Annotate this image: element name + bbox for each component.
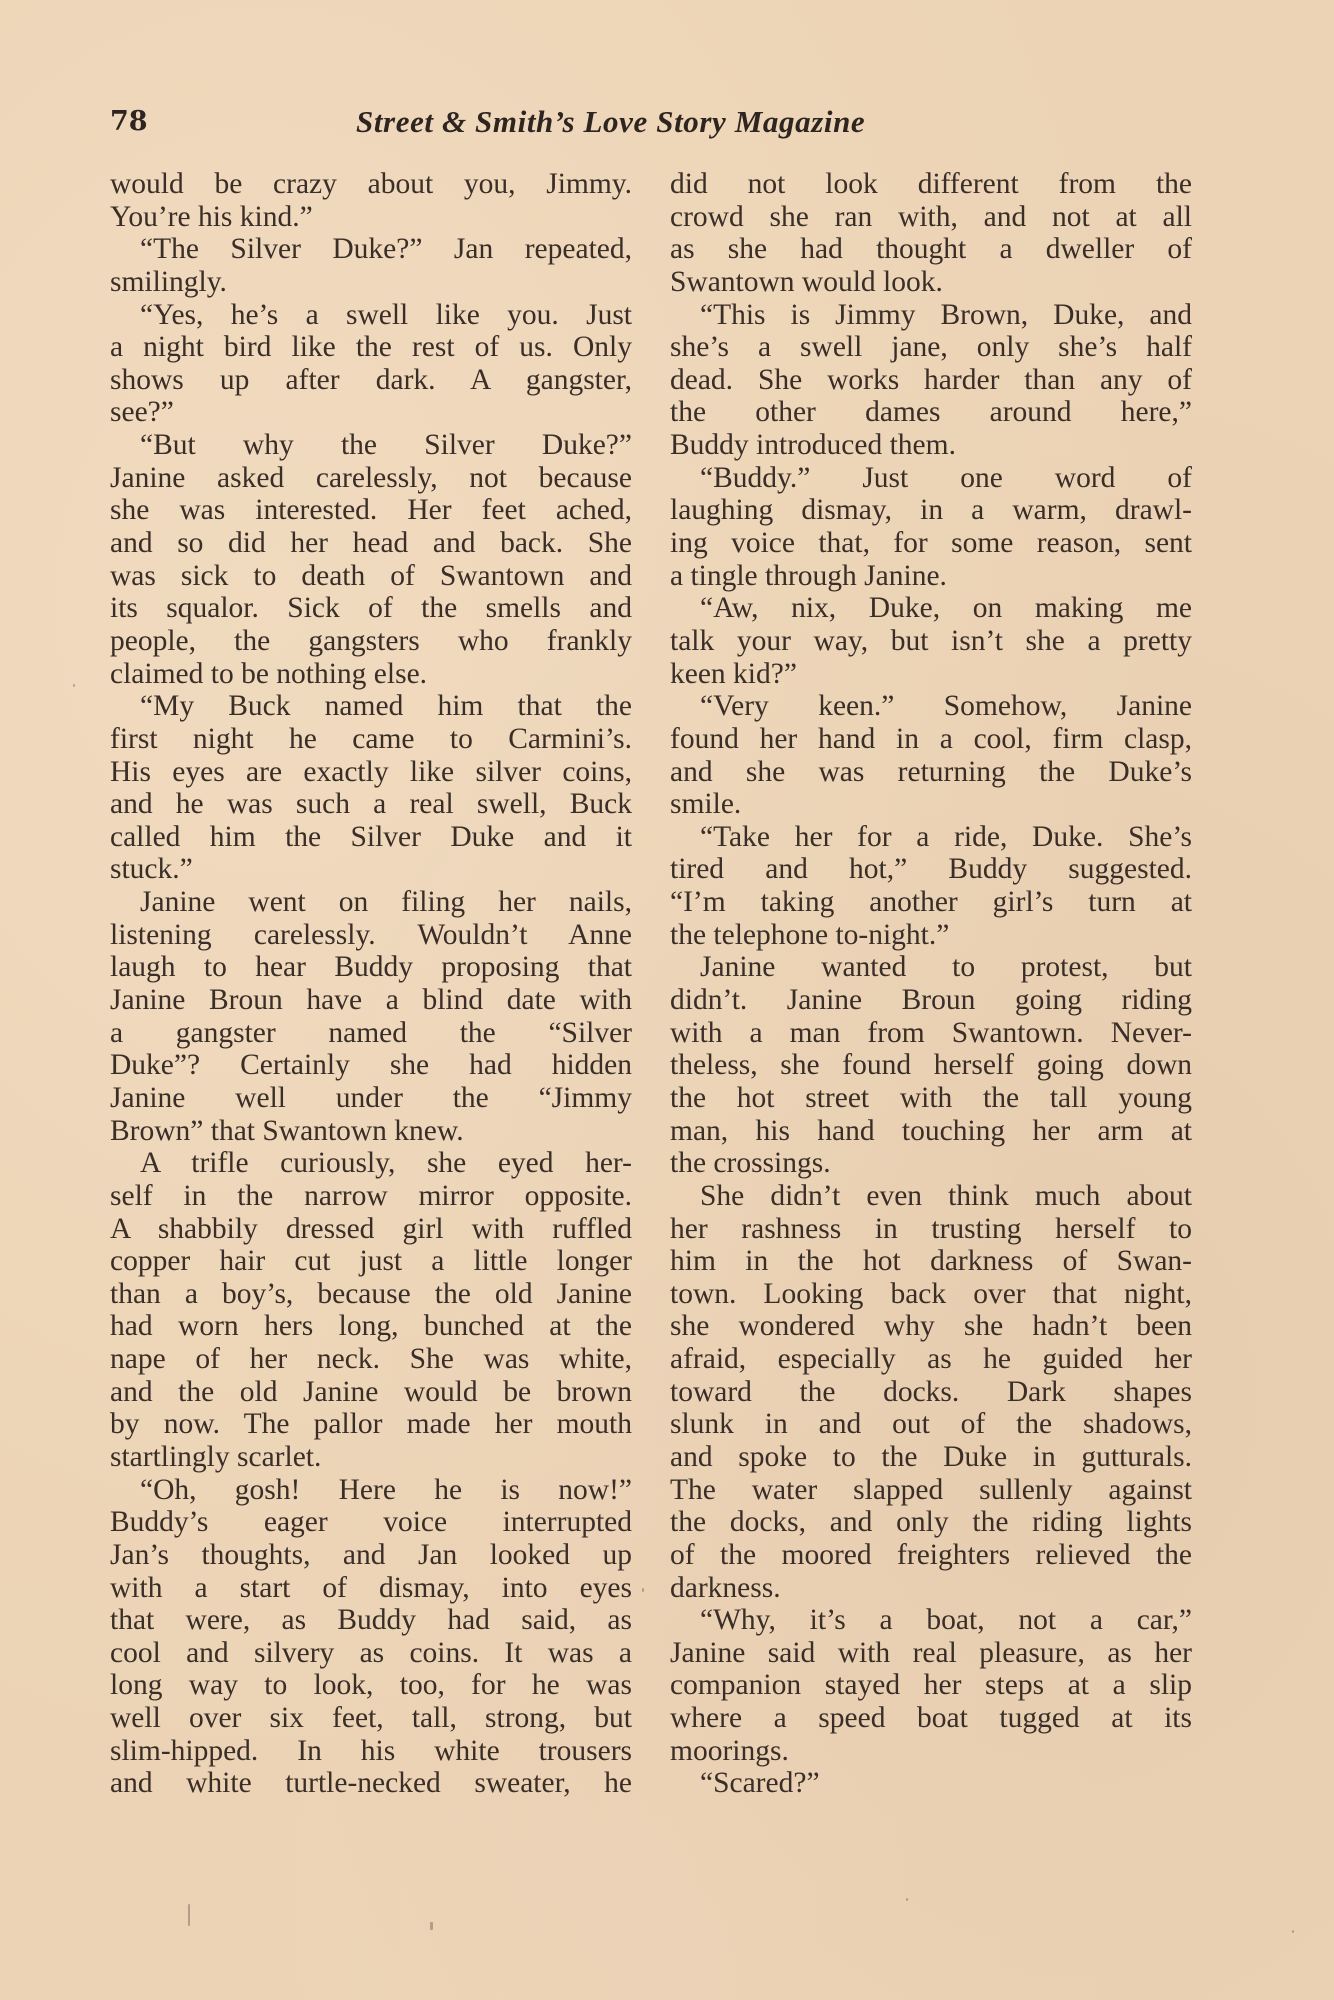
text-line: copper hair cut just a little longer bbox=[110, 1245, 632, 1278]
paper-speck bbox=[906, 1898, 908, 1901]
text-line: “Buddy.” Just one word of bbox=[670, 462, 1192, 495]
text-line: startlingly scarlet. bbox=[110, 1441, 632, 1474]
text-line: was sick to death of Swantown and bbox=[110, 560, 632, 593]
text-line: as she had thought a dweller of bbox=[670, 233, 1192, 266]
text-line: Janine Broun have a blind date with bbox=[110, 984, 632, 1017]
text-line: “The Silver Duke?” Jan repeated, bbox=[110, 233, 632, 266]
text-line: tired and hot,” Buddy suggested. bbox=[670, 853, 1192, 886]
text-line: she’s a swell jane, only she’s half bbox=[670, 331, 1192, 364]
text-line: she was interested. Her feet ached, bbox=[110, 494, 632, 527]
text-line: a night bird like the rest of us. Only bbox=[110, 331, 632, 364]
text-line: town. Looking back over that night, bbox=[670, 1278, 1192, 1311]
text-column-right: did not look different from thecrowd she… bbox=[670, 168, 1192, 1800]
text-line: claimed to be nothing else. bbox=[110, 658, 632, 691]
text-line: “Take her for a ride, Duke. She’s bbox=[670, 821, 1192, 854]
text-line: see?” bbox=[110, 396, 632, 429]
text-line: and he was such a real swell, Buck bbox=[110, 788, 632, 821]
text-column-left: would be crazy about you, Jimmy.You’re h… bbox=[110, 168, 632, 1800]
text-line: “Very keen.” Somehow, Janine bbox=[670, 690, 1192, 723]
text-line: people, the gangsters who frankly bbox=[110, 625, 632, 658]
text-line: A shabbily dressed girl with ruffled bbox=[110, 1213, 632, 1246]
text-line: companion stayed her steps at a slip bbox=[670, 1669, 1192, 1702]
text-line: A trifle curiously, she eyed her- bbox=[110, 1147, 632, 1180]
text-line: with a man from Swantown. Never- bbox=[670, 1017, 1192, 1050]
text-line: His eyes are exactly like silver coins, bbox=[110, 756, 632, 789]
text-line: that were, as Buddy had said, as bbox=[110, 1604, 632, 1637]
text-line: “Aw, nix, Duke, on making me bbox=[670, 592, 1192, 625]
paper-speck bbox=[73, 684, 75, 687]
text-line: man, his hand touching her arm at bbox=[670, 1115, 1192, 1148]
text-line: listening carelessly. Wouldn’t Anne bbox=[110, 919, 632, 952]
page-number: 78 bbox=[110, 106, 148, 137]
text-line: the docks, and only the riding lights bbox=[670, 1506, 1192, 1539]
text-line: shows up after dark. A gangster, bbox=[110, 364, 632, 397]
paper-speck bbox=[642, 1588, 644, 1592]
text-line: with a start of dismay, into eyes bbox=[110, 1572, 632, 1605]
text-line: than a boy’s, because the old Janine bbox=[110, 1278, 632, 1311]
text-line: a tingle through Janine. bbox=[670, 560, 1192, 593]
text-line: didn’t. Janine Broun going riding bbox=[670, 984, 1192, 1017]
text-line: “My Buck named him that the bbox=[110, 690, 632, 723]
text-line: nape of her neck. She was white, bbox=[110, 1343, 632, 1376]
text-line: theless, she found herself going down bbox=[670, 1049, 1192, 1082]
text-line: the hot street with the tall young bbox=[670, 1082, 1192, 1115]
text-line: Janine went on filing her nails, bbox=[110, 886, 632, 919]
running-title: Street & Smith’s Love Story Magazine bbox=[356, 104, 865, 140]
text-line: dead. She works harder than any of bbox=[670, 364, 1192, 397]
text-line: talk your way, but isn’t she a pretty bbox=[670, 625, 1192, 658]
text-line: him in the hot darkness of Swan- bbox=[670, 1245, 1192, 1278]
page-header: 78 Street & Smith’s Love Story Magazine bbox=[108, 104, 1192, 146]
paper-speck bbox=[188, 1904, 190, 1926]
text-line: slim-hipped. In his white trousers bbox=[110, 1735, 632, 1768]
text-line: ing voice that, for some reason, sent bbox=[670, 527, 1192, 560]
text-line: “But why the Silver Duke?” bbox=[110, 429, 632, 462]
text-line: “Yes, he’s a swell like you. Just bbox=[110, 299, 632, 332]
text-line: smilingly. bbox=[110, 266, 632, 299]
text-line: Swantown would look. bbox=[670, 266, 1192, 299]
text-line: laughing dismay, in a warm, drawl- bbox=[670, 494, 1192, 527]
text-line: Janine said with real pleasure, as her bbox=[670, 1637, 1192, 1670]
text-line: by now. The pallor made her mouth bbox=[110, 1408, 632, 1441]
text-line: Duke”? Certainly she had hidden bbox=[110, 1049, 632, 1082]
text-line: “Why, it’s a boat, not a car,” bbox=[670, 1604, 1192, 1637]
text-line: a gangster named the “Silver bbox=[110, 1017, 632, 1050]
text-line: smile. bbox=[670, 788, 1192, 821]
text-line: of the moored freighters relieved the bbox=[670, 1539, 1192, 1572]
text-line: she wondered why she hadn’t been bbox=[670, 1310, 1192, 1343]
text-line: and she was returning the Duke’s bbox=[670, 756, 1192, 789]
text-line: and so did her head and back. She bbox=[110, 527, 632, 560]
text-line: would be crazy about you, Jimmy. bbox=[110, 168, 632, 201]
text-line: the telephone to-night.” bbox=[670, 919, 1192, 952]
text-line: “This is Jimmy Brown, Duke, and bbox=[670, 299, 1192, 332]
text-line: did not look different from the bbox=[670, 168, 1192, 201]
text-line: called him the Silver Duke and it bbox=[110, 821, 632, 854]
text-line: Janine wanted to protest, but bbox=[670, 951, 1192, 984]
text-line: toward the docks. Dark shapes bbox=[670, 1376, 1192, 1409]
text-line: darkness. bbox=[670, 1572, 1192, 1605]
text-line: Brown” that Swantown knew. bbox=[110, 1115, 632, 1148]
text-line: and white turtle-necked sweater, he bbox=[110, 1767, 632, 1800]
text-line: The water slapped sullenly against bbox=[670, 1474, 1192, 1507]
text-line: its squalor. Sick of the smells and bbox=[110, 592, 632, 625]
text-line: self in the narrow mirror opposite. bbox=[110, 1180, 632, 1213]
paper-speck bbox=[1292, 1930, 1294, 1933]
text-line: cool and silvery as coins. It was a bbox=[110, 1637, 632, 1670]
paper-speck bbox=[430, 1922, 433, 1930]
text-line: moorings. bbox=[670, 1735, 1192, 1768]
text-line: well over six feet, tall, strong, but bbox=[110, 1702, 632, 1735]
text-line: found her hand in a cool, firm clasp, bbox=[670, 723, 1192, 756]
text-line: first night he came to Carmini’s. bbox=[110, 723, 632, 756]
text-line: stuck.” bbox=[110, 853, 632, 886]
text-line: Jan’s thoughts, and Jan looked up bbox=[110, 1539, 632, 1572]
text-line: the other dames around here,” bbox=[670, 396, 1192, 429]
text-line: long way to look, too, for he was bbox=[110, 1669, 632, 1702]
text-line: crowd she ran with, and not at all bbox=[670, 201, 1192, 234]
text-line: She didn’t even think much about bbox=[670, 1180, 1192, 1213]
text-line: “Oh, gosh! Here he is now!” bbox=[110, 1474, 632, 1507]
text-line: and the old Janine would be brown bbox=[110, 1376, 632, 1409]
text-line: laugh to hear Buddy proposing that bbox=[110, 951, 632, 984]
text-line: afraid, especially as he guided her bbox=[670, 1343, 1192, 1376]
text-line: where a speed boat tugged at its bbox=[670, 1702, 1192, 1735]
text-line: had worn hers long, bunched at the bbox=[110, 1310, 632, 1343]
text-line: Buddy introduced them. bbox=[670, 429, 1192, 462]
text-line: Janine asked carelessly, not because bbox=[110, 462, 632, 495]
text-line: Janine well under the “Jimmy bbox=[110, 1082, 632, 1115]
text-line: “I’m taking another girl’s turn at bbox=[670, 886, 1192, 919]
text-line: “Scared?” bbox=[670, 1767, 1192, 1800]
text-line: You’re his kind.” bbox=[110, 201, 632, 234]
text-line: Buddy’s eager voice interrupted bbox=[110, 1506, 632, 1539]
text-line: keen kid?” bbox=[670, 658, 1192, 691]
text-line: slunk in and out of the shadows, bbox=[670, 1408, 1192, 1441]
text-line: the crossings. bbox=[670, 1147, 1192, 1180]
text-line: and spoke to the Duke in gutturals. bbox=[670, 1441, 1192, 1474]
text-line: her rashness in trusting herself to bbox=[670, 1213, 1192, 1246]
